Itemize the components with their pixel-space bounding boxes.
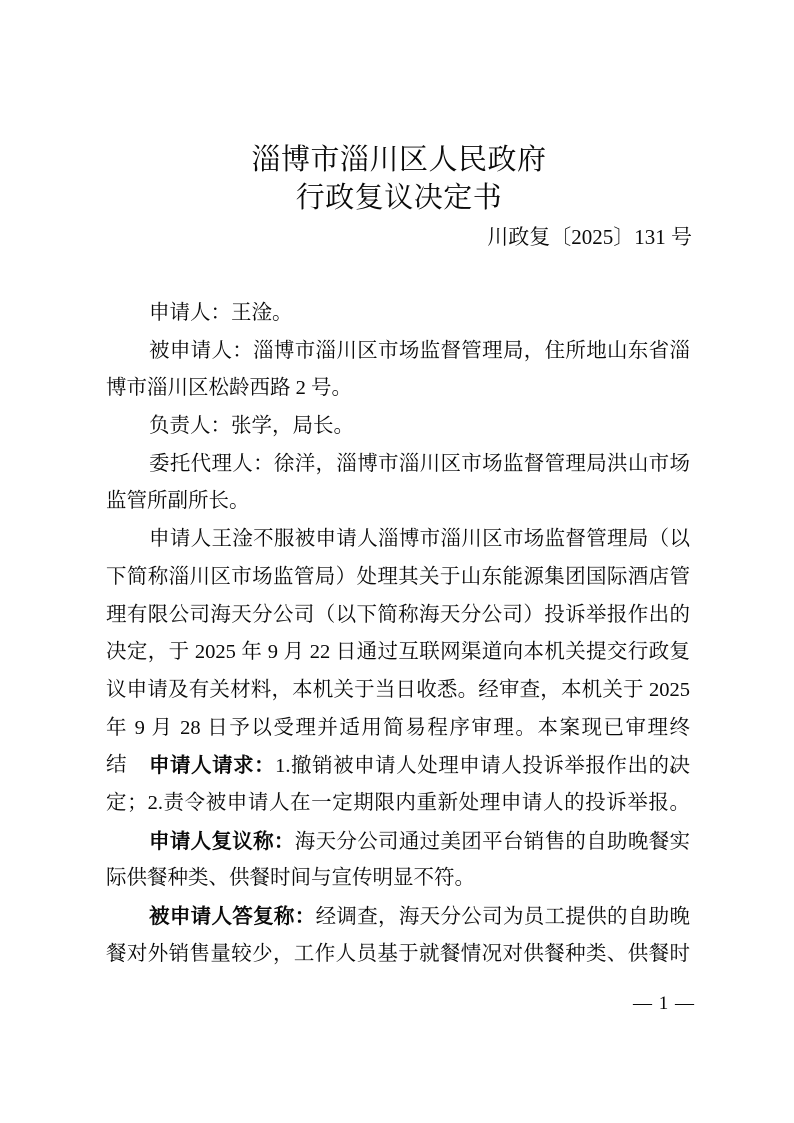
paragraph-respondent-reply: 被申请人答复称：经调查，海天分公司为员工提供的自助晚 餐对外销售量较少，工作人员…: [106, 898, 690, 973]
paragraph-line: 申请人复议称：海天分公司通过美团平台销售的自助晚餐实: [106, 823, 690, 861]
paragraph-line: 博市淄川区松龄西路 2 号。: [106, 370, 690, 408]
paragraph-line: 下简称淄川区市场监管局）处理其关于山东能源集团国际酒店管: [106, 559, 690, 597]
document-number: 川政复〔2025〕131 号: [487, 218, 692, 256]
paragraph-line: 决定，于 2025 年 9 月 22 日通过互联网渠道向本机关提交行政复: [106, 634, 690, 672]
paragraph-line: 理有限公司海天分公司（以下简称海天分公司）投诉举报作出的: [106, 597, 690, 635]
paragraph-line: 申请人王淦不服被申请人淄博市淄川区市场监督管理局（以: [106, 521, 690, 559]
section-label: 申请人复议称：: [149, 829, 295, 853]
paragraph-line: 申请人：王淦。: [106, 295, 690, 333]
section-label: 被申请人答复称：: [149, 904, 316, 928]
paragraph-line: 申请人请求：1.撤销被申请人处理申请人投诉举报作出的决: [106, 747, 690, 785]
paragraph-respondent: 被申请人：淄博市淄川区市场监督管理局，住所地山东省淄 博市淄川区松龄西路 2 号…: [106, 333, 690, 408]
paragraph-responsible-person: 负责人：张学，局长。: [106, 408, 690, 446]
paragraph-applicant-claim: 申请人复议称：海天分公司通过美团平台销售的自助晚餐实 际供餐种类、供餐时间与宣传…: [106, 823, 690, 898]
paragraph-line: 定；2.责令被申请人在一定期限内重新处理申请人的投诉举报。: [106, 785, 690, 823]
paragraph-line: 被申请人：淄博市淄川区市场监督管理局，住所地山东省淄: [106, 333, 690, 371]
page-number: — 1 —: [633, 985, 695, 1023]
paragraph-line: 委托代理人：徐洋，淄博市淄川区市场监督管理局洪山市场: [106, 446, 690, 484]
paragraph-authorized-agent: 委托代理人：徐洋，淄博市淄川区市场监督管理局洪山市场 监管所副所长。: [106, 446, 690, 521]
paragraph-line: 负责人：张学，局长。: [106, 408, 690, 446]
paragraph-applicant: 申请人：王淦。: [106, 295, 690, 333]
document-title: 淄博市淄川区人民政府 行政复议决定书: [2, 141, 794, 217]
document-type: 行政复议决定书: [2, 179, 794, 217]
paragraph-line: 被申请人答复称：经调查，海天分公司为员工提供的自助晚: [106, 898, 690, 936]
document-page: 淄博市淄川区人民政府 行政复议决定书 川政复〔2025〕131 号 申请人：王淦…: [0, 0, 794, 1123]
paragraph-line: 际供餐种类、供餐时间与宣传明显不符。: [106, 860, 690, 898]
paragraph-line: 年 9 月 28 日予以受理并适用简易程序审理。本案现已审理终结。: [106, 710, 690, 748]
paragraph-line: 监管所副所长。: [106, 483, 690, 521]
line-text: 海天分公司通过美团平台销售的自助晚餐实: [295, 831, 690, 853]
paragraph-line: 议申请及有关材料，本机关于当日收悉。经审查，本机关于 2025: [106, 672, 690, 710]
document-body: 申请人：王淦。 被申请人：淄博市淄川区市场监督管理局，住所地山东省淄 博市淄川区…: [106, 295, 690, 973]
paragraph-case-background: 申请人王淦不服被申请人淄博市淄川区市场监督管理局（以 下简称淄川区市场监管局）处…: [106, 521, 690, 747]
section-label: 申请人请求：: [149, 753, 275, 777]
line-text: 1.撤销被申请人处理申请人投诉举报作出的决: [275, 755, 690, 777]
paragraph-applicant-request: 申请人请求：1.撤销被申请人处理申请人投诉举报作出的决 定；2.责令被申请人在一…: [106, 747, 690, 822]
line-text: 经调查，海天分公司为员工提供的自助晚: [316, 906, 690, 928]
paragraph-line: 餐对外销售量较少，工作人员基于就餐情况对供餐种类、供餐时: [106, 936, 690, 974]
issuing-authority: 淄博市淄川区人民政府: [2, 141, 794, 179]
